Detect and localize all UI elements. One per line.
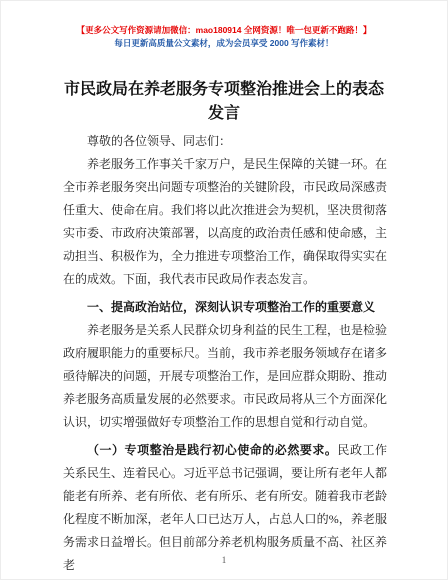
ad-banner: 【更多公文写作资源请加微信：mao180914 全网资源！唯一包更新不跑路！】 … — [1, 1, 447, 50]
ad-line-1: 【更多公文写作资源请加微信：mao180914 全网资源！唯一包更新不跑路！】 — [1, 24, 447, 37]
page-number: 1 — [1, 555, 447, 565]
ad-line-2: 每日更新高质量公文素材，成为会员享受 2000 写作素材！ — [1, 37, 447, 50]
salutation: 尊敬的各位领导、同志们： — [63, 130, 387, 153]
subsection-lead: （一）专项整治是践行初心使命的必然要求。 — [87, 443, 337, 457]
document-page: 【更多公文写作资源请加微信：mao180914 全网资源！唯一包更新不跑路！】 … — [0, 0, 448, 580]
document-title: 市民政局在养老服务专项整治推进会上的表态发言 — [63, 78, 385, 126]
section-heading-1: 一、提高政治站位，深刻认识专项整治工作的重要意义 — [63, 296, 387, 319]
document-body: 尊敬的各位领导、同志们： 养老服务工作事关千家万户，是民生保障的关键一环。在全市… — [63, 130, 387, 577]
paragraph-significance: 养老服务是关系人民群众切身利益的民生工程，也是检验政府履职能力的重要标尺。当前，… — [63, 319, 387, 434]
paragraph-intro: 养老服务工作事关千家万户，是民生保障的关键一环。在全市养老服务突出问题专项整治的… — [63, 153, 387, 291]
subsection-text: 民政工作关系民生、连着民心。习近平总书记强调，要让所有老年人都能老有所养、老有所… — [63, 443, 387, 572]
